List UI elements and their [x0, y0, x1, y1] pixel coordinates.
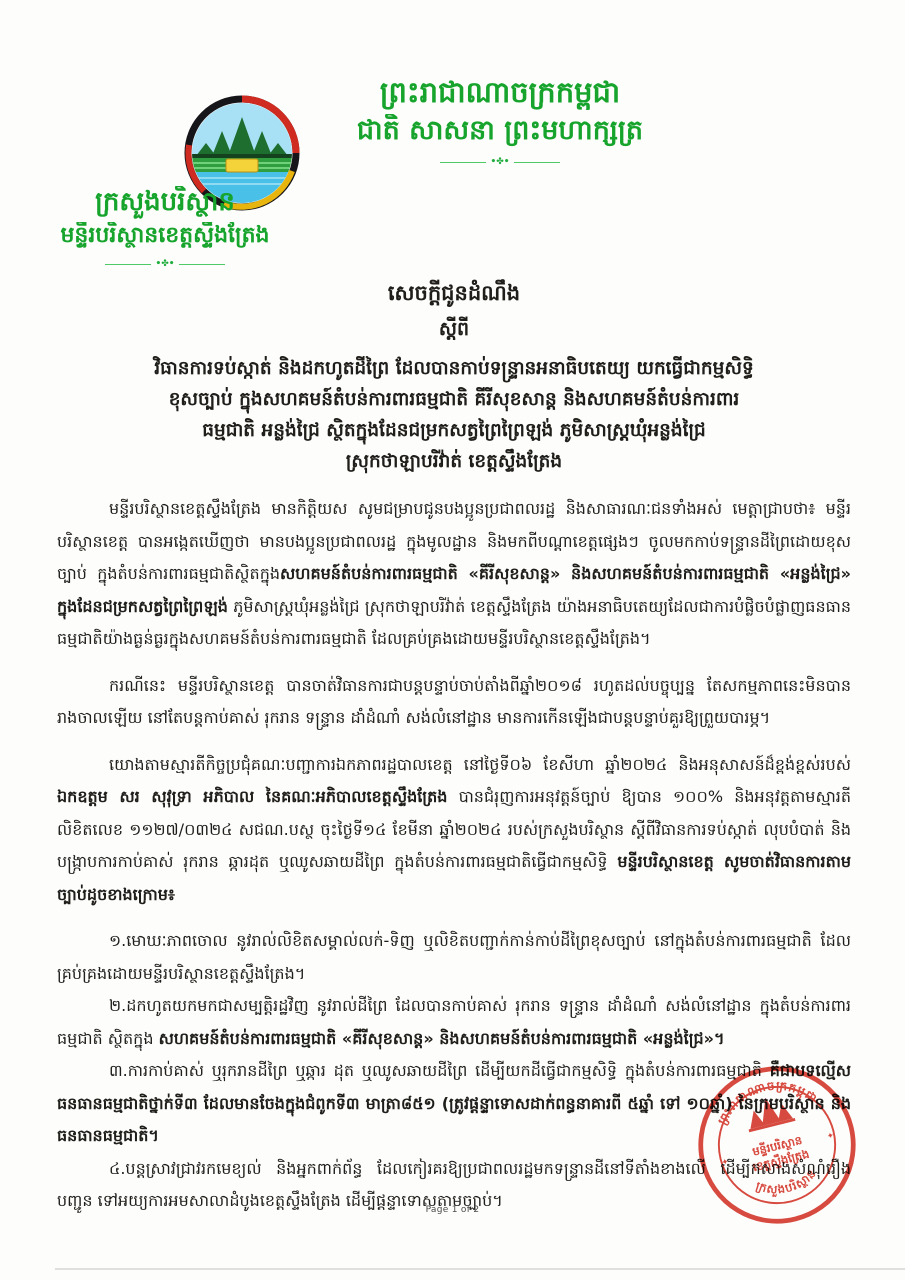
- ornament-line: [514, 162, 560, 163]
- kingdom-header: ព្រះរាជាណាចក្រកម្ពុជា ជាតិ សាសនា ព្រះមហា…: [285, 74, 715, 167]
- scan-edge-artifact: [55, 1268, 905, 1270]
- header-ornament: •✤•: [285, 158, 715, 167]
- ornament-line: [179, 264, 225, 265]
- announcement-title: សេចក្ដីជូនដំណឹង: [57, 280, 851, 311]
- document-content: សេចក្ដីជូនដំណឹង ស្ដីពី វិធានការទប់ស្កាត់…: [57, 280, 851, 1218]
- nation-religion-king-text: ជាតិ សាសនា ព្រះមហាក្សត្រ: [285, 114, 715, 148]
- subject-title-line: ធម្មជាតិ អន្លង់ជ្រៃ ស្ថិតក្នុងដែនជម្រកសត…: [57, 415, 851, 446]
- paragraph-intro: មន្ទីរបរិស្ថានខេត្តស្ទឹងត្រែង មានកិត្តិយ…: [57, 493, 851, 656]
- subject-title-line: ស្រុកថាឡាបរិវ៉ាត់ ខេត្តស្ទឹងត្រែង: [57, 446, 851, 477]
- page-number-label: Page 1 of 2: [0, 1205, 905, 1215]
- ornament-line: [440, 162, 486, 163]
- body-paragraphs: មន្ទីរបរិស្ថានខេត្តស្ទឹងត្រែង មានកិត្តិយ…: [57, 493, 851, 1218]
- ministry-header: ក្រសួងបរិស្ថាន មន្ទីរបរិស្ថានខេត្តស្ទឹងត…: [0, 186, 340, 269]
- ornament-line: [105, 264, 151, 265]
- ministry-name-text: ក្រសួងបរិស្ថាន: [0, 186, 340, 220]
- measure-item-3: ៣.ការកាប់គាស់ ឬរុករានដីព្រៃ ឬឆ្ការ ដុត ឬ…: [57, 1055, 851, 1153]
- paragraph-case-history: ករណីនេះ មន្ទីរបរិស្ថានខេត្ត បានចាត់វិធាន…: [57, 670, 851, 735]
- kingdom-name-text: ព្រះរាជាណាចក្រកម្ពុជា: [285, 74, 715, 110]
- scanned-document-page: ព្រះរាជាណាចក្រកម្ពុជា ជាតិ សាសនា ព្រះមហា…: [0, 0, 905, 1280]
- measure-item-1: ១.មោឃៈភាពចោល នូវរាល់លិខិតសម្គាល់លក់-ទិញ …: [57, 925, 851, 990]
- regarding-label: ស្ដីពី: [57, 317, 851, 345]
- subject-title-line: វិធានការទប់ស្កាត់ និងដកហូតដីព្រៃ ដែលបានក…: [57, 353, 851, 384]
- department-name-text: មន្ទីរបរិស្ថានខេត្តស្ទឹងត្រែង: [0, 222, 340, 251]
- measure-item-2: ២.ដកហូតយកមកជាសម្បត្តិរដ្ឋវិញ នូវរាល់ដីព្…: [57, 990, 851, 1055]
- paragraph-legal-basis: យោងតាមស្មារតីកិច្ចប្រជុំគណៈបញ្ជាការឯកភាព…: [57, 749, 851, 912]
- subject-title-line: ខុសច្បាប់ ក្នុងសហគមន៍តំបន់ការពារធម្មជាតិ…: [57, 384, 851, 415]
- ornament-flourish-icon: •✤•: [155, 260, 174, 269]
- subject-title-block: វិធានការទប់ស្កាត់ និងដកហូតដីព្រៃ ដែលបានក…: [57, 353, 851, 477]
- ornament-flourish-icon: •✤•: [490, 158, 509, 167]
- ministry-ornament: •✤•: [0, 260, 340, 269]
